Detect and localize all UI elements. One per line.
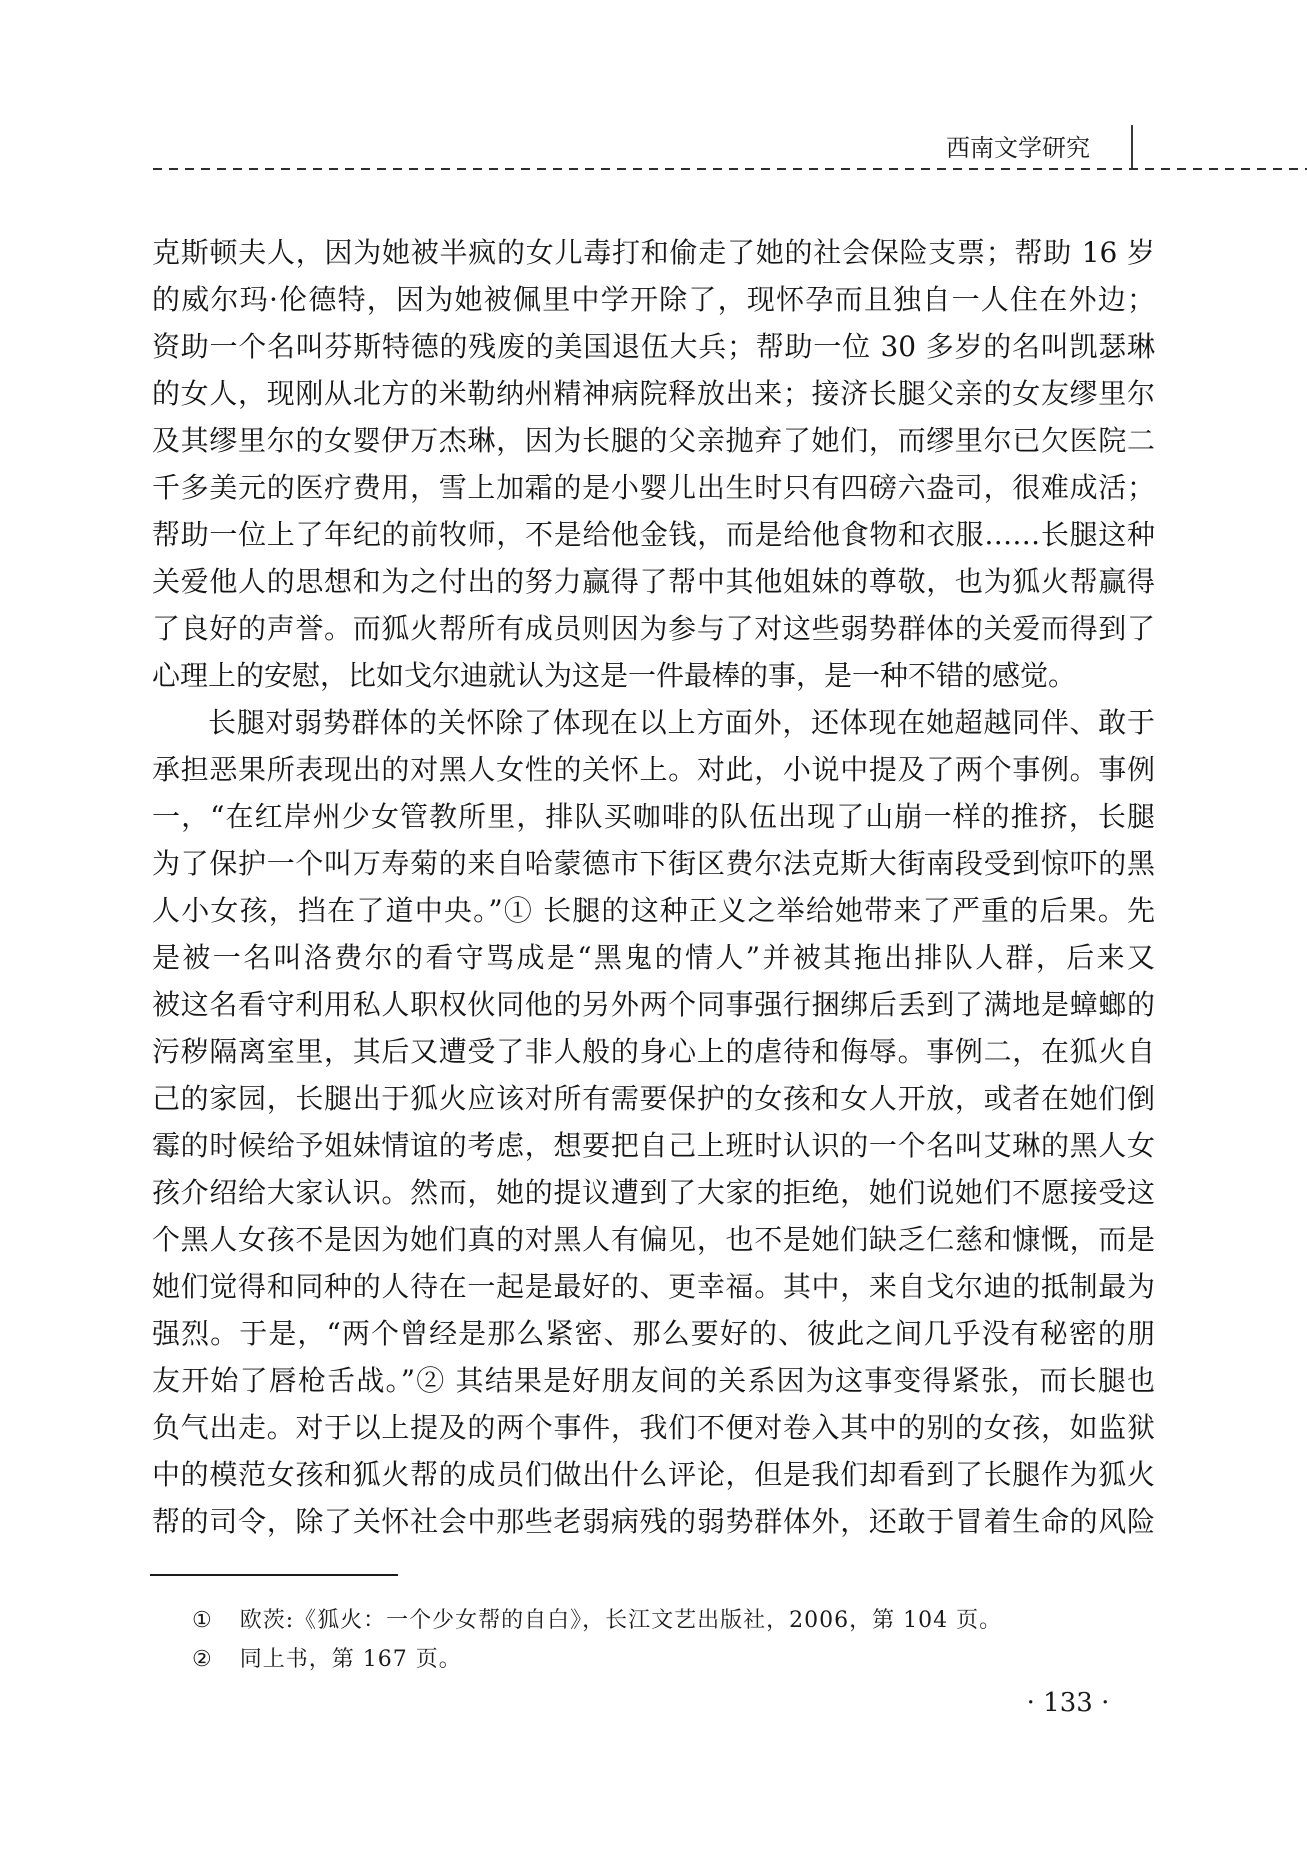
body-line: 友开始了唇枪舌战。”② 其结果是好朋友间的关系因为这事变得紧张，而长腿也: [152, 1357, 1155, 1404]
body-line: 及其缪里尔的女婴伊万杰琳，因为长腿的父亲抛弃了她们，而缪里尔已欠医院二: [152, 417, 1155, 464]
body-line: 个黑人女孩不是因为她们真的对黑人有偏见，也不是她们缺乏仁慈和慷慨，而是: [152, 1216, 1155, 1263]
body-line: 负气出走。对于以上提及的两个事件，我们不便对卷入其中的别的女孩，如监狱: [152, 1404, 1155, 1451]
footnote-marker: ②: [192, 1640, 212, 1679]
footnote-marker: ①: [192, 1601, 212, 1640]
body-line: 的威尔玛·伦德特，因为她被佩里中学开除了，现怀孕而且独自一人住在外边；: [152, 276, 1155, 323]
body-line: 霉的时候给予姐妹情谊的考虑，想要把自己上班时认识的一个名叫艾琳的黑人女: [152, 1122, 1155, 1169]
body-line: 资助一个名叫芬斯特德的残废的美国退伍大兵；帮助一位 30 多岁的名叫凯瑟琳: [152, 323, 1155, 370]
body-line: 一，“在红岸州少女管教所里，排队买咖啡的队伍出现了山崩一样的推挤，长腿: [152, 793, 1155, 840]
body-line: 污秽隔离室里，其后又遭受了非人般的身心上的虐待和侮辱。事例二，在狐火自: [152, 1028, 1155, 1075]
footnote-separator-rule: [150, 1574, 398, 1576]
body-line: 中的模范女孩和狐火帮的成员们做出什么评论，但是我们却看到了长腿作为狐火: [152, 1451, 1155, 1498]
running-head: 西南文学研究: [0, 127, 1090, 169]
body-line: 孩介绍给大家认识。然而，她的提议遭到了大家的拒绝，她们说她们不愿接受这: [152, 1169, 1155, 1216]
body-line: 心理上的安慰，比如戈尔迪就认为这是一件最棒的事，是一种不错的感觉。: [152, 652, 1155, 699]
body-text: 克斯顿夫人，因为她被半疯的女儿毒打和偷走了她的社会保险支票；帮助 16 岁的威尔…: [152, 229, 1155, 1545]
journal-title: 西南文学研究: [946, 134, 1090, 162]
body-line: 强烈。于是，“两个曾经是那么紧密、那么要好的、彼此之间几乎没有秘密的朋: [152, 1310, 1155, 1357]
body-line: 是被一名叫洛费尔的看守骂成是“黑鬼的情人”并被其拖出排队人群，后来又: [152, 934, 1155, 981]
body-line: 帮助一位上了年纪的前牧师，不是给他金钱，而是给他食物和衣服……长腿这种: [152, 511, 1155, 558]
body-line: 关爱他人的思想和为之付出的努力赢得了帮中其他姐妹的尊敬，也为狐火帮赢得: [152, 558, 1155, 605]
body-line: 了良好的声誉。而狐火帮所有成员则因为参与了对这些弱势群体的关爱而得到了: [152, 605, 1155, 652]
body-line: 的女人，现刚从北方的米勒纳州精神病院释放出来；接济长腿父亲的女友缪里尔: [152, 370, 1155, 417]
body-line: 为了保护一个叫万寿菊的来自哈蒙德市下街区费尔法克斯大街南段受到惊吓的黑: [152, 840, 1155, 887]
body-line: 人小女孩，挡在了道中央。”① 长腿的这种正义之举给她带来了严重的后果。先: [152, 887, 1155, 934]
footnote: ① 欧茨:《狐火：一个少女帮的自白》，长江文艺出版社，2006，第 104 页。: [192, 1601, 1162, 1640]
footnote-text: 同上书，第 167 页。: [240, 1640, 1162, 1679]
footnotes: ① 欧茨:《狐火：一个少女帮的自白》，长江文艺出版社，2006，第 104 页。…: [192, 1601, 1162, 1679]
header-vertical-rule: [1131, 125, 1133, 169]
body-line: 己的家园，长腿出于狐火应该对所有需要保护的女孩和女人开放，或者在她们倒: [152, 1075, 1155, 1122]
body-line: 她们觉得和同种的人待在一起是最好的、更幸福。其中，来自戈尔迪的抵制最为: [152, 1263, 1155, 1310]
body-line: 帮的司令，除了关怀社会中那些老弱病残的弱势群体外，还敢于冒着生命的风险: [152, 1498, 1155, 1545]
page-number: · 133 ·: [1008, 1686, 1128, 1720]
body-line: 克斯顿夫人，因为她被半疯的女儿毒打和偷走了她的社会保险支票；帮助 16 岁: [152, 229, 1155, 276]
body-line: 被这名看守利用私人职权伙同他的另外两个同事强行捆绑后丢到了满地是蟑螂的: [152, 981, 1155, 1028]
footnote-text: 欧茨:《狐火：一个少女帮的自白》，长江文艺出版社，2006，第 104 页。: [240, 1601, 1162, 1640]
body-line: 千多美元的医疗费用，雪上加霜的是小婴儿出生时只有四磅六盎司，很难成活；: [152, 464, 1155, 511]
body-line: 承担恶果所表现出的对黑人女性的关怀上。对此，小说中提及了两个事例。事例: [152, 746, 1155, 793]
footnote: ② 同上书，第 167 页。: [192, 1640, 1162, 1679]
header-dashed-rule: [153, 168, 1307, 170]
document-page: 西南文学研究 克斯顿夫人，因为她被半疯的女儿毒打和偷走了她的社会保险支票；帮助 …: [0, 0, 1307, 1859]
body-line: 长腿对弱势群体的关怀除了体现在以上方面外，还体现在她超越同伴、敢于: [152, 699, 1155, 746]
